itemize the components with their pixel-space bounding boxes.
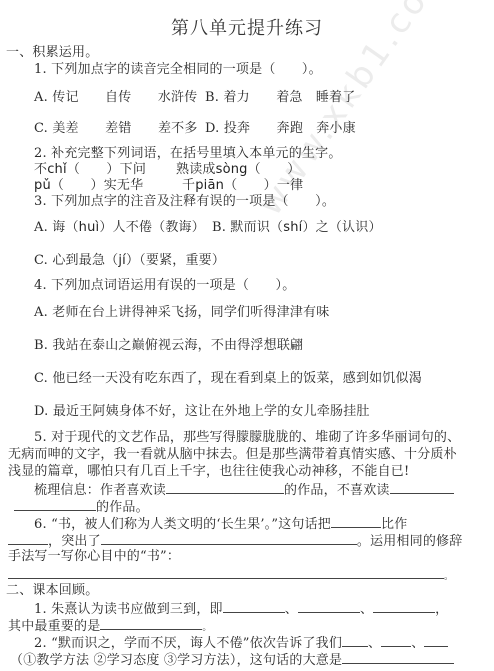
answer-blank[interactable] — [8, 532, 48, 545]
question-1-option-a[interactable]: A. 传记 自传 水浒传 — [34, 90, 197, 106]
pinyin: shí — [283, 220, 302, 235]
question-5-sort-line: 的作品。 — [14, 498, 149, 516]
prompt-text: 6. “书，被人们称为人类文明的‘长生果’。”这句话把 — [34, 517, 331, 532]
question-6-line: ，突出了。运用相同的修辞 — [8, 532, 462, 550]
word-prefix: 不 — [34, 162, 47, 177]
section-heading: 一、积累运用。 — [6, 45, 98, 61]
option-text: ）（要紧，重要） — [126, 253, 225, 268]
pinyin: chǐ — [47, 162, 67, 177]
prompt-text: 梳理信息：作者喜欢读 — [34, 483, 166, 498]
answer-blank[interactable] — [342, 651, 454, 664]
word-prefix: 熟读成 — [176, 162, 216, 177]
answer-blank[interactable] — [424, 634, 448, 647]
separator: 、 — [368, 636, 381, 651]
answer-paren[interactable]: （ ）下问 — [67, 162, 146, 177]
question-3-option-a[interactable]: A. 诲（huì）人不倦（教诲） — [34, 220, 205, 236]
pinyin: piān — [195, 178, 224, 193]
answer-blank[interactable] — [298, 600, 360, 613]
word-prefix: 千 — [182, 178, 195, 193]
option-text: B. 默而识（ — [212, 220, 283, 235]
question-5-passage-line: 浅显的篇章，哪怕只有几百上千字，也往往使我心动神移，不能自已! — [8, 464, 409, 480]
prompt-text: 2. “默而识之，学而不厌，诲人不倦”依次告诉了我们 — [34, 636, 342, 651]
question-6-line: 6. “书，被人们称为人类文明的‘长生果’。”这句话把比作 — [34, 515, 407, 533]
review-question-2-line: （①教学方法 ②学习态度 ③学习方法），这句话的大意是 — [10, 651, 454, 669]
question-6-line: 手法写一写你心目中的“书”： — [8, 549, 180, 565]
prompt-text: 。 — [202, 623, 211, 633]
option-text: A. 诲（ — [34, 220, 79, 235]
prompt-text: 。运用相同的修辞 — [357, 534, 463, 549]
question-1-option-c[interactable]: C. 美差 差错 差不多 — [34, 121, 198, 137]
answer-paren[interactable]: （ ）一律 — [224, 178, 303, 193]
prompt-text: ，突出了 — [48, 534, 101, 549]
review-question-2-line: 2. “默而识之，学而不厌，诲人不倦”依次告诉了我们、、 — [34, 634, 448, 652]
prompt-text: 其中最重要的是 — [8, 619, 100, 634]
separator: ， — [435, 602, 448, 617]
pinyin: sòng — [216, 162, 248, 177]
pinyin: pǔ — [34, 178, 51, 193]
question-1-option-b[interactable]: B. 着力 着急 睡着了 — [205, 90, 355, 106]
answer-blank[interactable] — [381, 634, 411, 647]
question-3-option-b[interactable]: B. 默而识（shí）之（认识） — [212, 220, 382, 236]
separator: 、 — [360, 602, 373, 617]
answer-blank[interactable] — [166, 481, 284, 494]
question-4-option-d[interactable]: D. 最近王阿姨身体不好，这让在外地上学的女儿牵肠挂肚 — [34, 404, 370, 420]
option-text: C. 心到最急（ — [34, 253, 118, 268]
question-1-stem: 1. 下列加点字的读音完全相同的一项是（ ）。 — [34, 62, 322, 78]
prompt-text: 1. 朱熹认为读书应做到三到，即 — [34, 602, 223, 617]
option-text: ）之（认识） — [302, 220, 381, 235]
option-text: ）人不倦（教诲） — [99, 220, 205, 235]
prompt-text: 的作品，不喜欢读 — [284, 483, 390, 498]
question-2-stem: 2. 补充完整下列词语，在括号里填入本单元的生字。 — [34, 146, 342, 162]
worksheet-page: www.xkb1.com 第八单元提升练习 一、积累运用。 1. 下列加点字的读… — [0, 0, 494, 671]
question-2-item: 熟读成sòng（ ） — [176, 162, 300, 178]
pinyin: jí — [118, 253, 126, 268]
question-4-option-b[interactable]: B. 我站在泰山之巅俯视云海，不由得浮想联翩 — [34, 338, 303, 354]
section-heading: 二、课本回顾。 — [6, 583, 98, 599]
separator: 、 — [411, 636, 424, 651]
answer-blank[interactable] — [14, 498, 96, 511]
answer-blank[interactable] — [223, 600, 285, 613]
answer-blank[interactable] — [101, 532, 357, 545]
prompt-text: 。 — [444, 572, 453, 582]
question-4-option-c[interactable]: C. 他已经一天没有吃东西了，现在看到桌上的饭菜，感到如饥似渴 — [34, 371, 422, 387]
answer-blank[interactable] — [8, 566, 444, 579]
answer-blank[interactable] — [373, 600, 435, 613]
answer-blank[interactable] — [100, 617, 202, 630]
question-4-option-a[interactable]: A. 老师在台上讲得神采飞扬，同学们听得津津有味 — [34, 305, 329, 321]
answer-blank[interactable] — [331, 515, 381, 528]
pinyin: huì — [79, 220, 100, 235]
prompt-text: （①教学方法 ②学习态度 ③学习方法），这句话的大意是 — [10, 653, 342, 668]
review-question-1-line: 1. 朱熹认为读书应做到三到，即、、， — [34, 600, 448, 618]
question-3-option-c[interactable]: C. 心到最急（jí）（要紧，重要） — [34, 253, 225, 269]
question-5-sort-line: 梳理信息：作者喜欢读的作品，不喜欢读 — [34, 481, 454, 499]
page-title: 第八单元提升练习 — [0, 18, 494, 40]
answer-blank[interactable] — [342, 634, 368, 647]
answer-paren[interactable]: （ ） — [248, 162, 301, 177]
question-2-item: 不chǐ（ ）下问 — [34, 162, 146, 178]
answer-paren[interactable]: （ ）实无华 — [51, 178, 143, 193]
question-5-passage-line: 无病而呻的文字，我一看就从脑中抹去。但是那些满带着真情实感、十分质朴 — [8, 447, 457, 463]
prompt-text: 比作 — [381, 517, 407, 532]
separator: 、 — [285, 602, 298, 617]
question-3-stem: 3. 下列加点字的注音及注释有误的一项是（ ）。 — [34, 194, 335, 210]
question-4-stem: 4. 下列加点词语运用有误的一项是（ ）。 — [34, 278, 295, 294]
question-2-item: pǔ（ ）实无华 — [34, 178, 143, 194]
prompt-text: 的作品。 — [96, 500, 149, 515]
answer-blank[interactable] — [390, 481, 454, 494]
question-1-option-d[interactable]: D. 投奔 奔跑 奔小康 — [205, 121, 356, 137]
question-5-passage-line: 5. 对于现代的文艺作品，那些写得朦朦胧胧的、堆砌了许多华丽词句的、 — [34, 430, 460, 446]
question-2-item: 千piān（ ）一律 — [182, 178, 303, 194]
